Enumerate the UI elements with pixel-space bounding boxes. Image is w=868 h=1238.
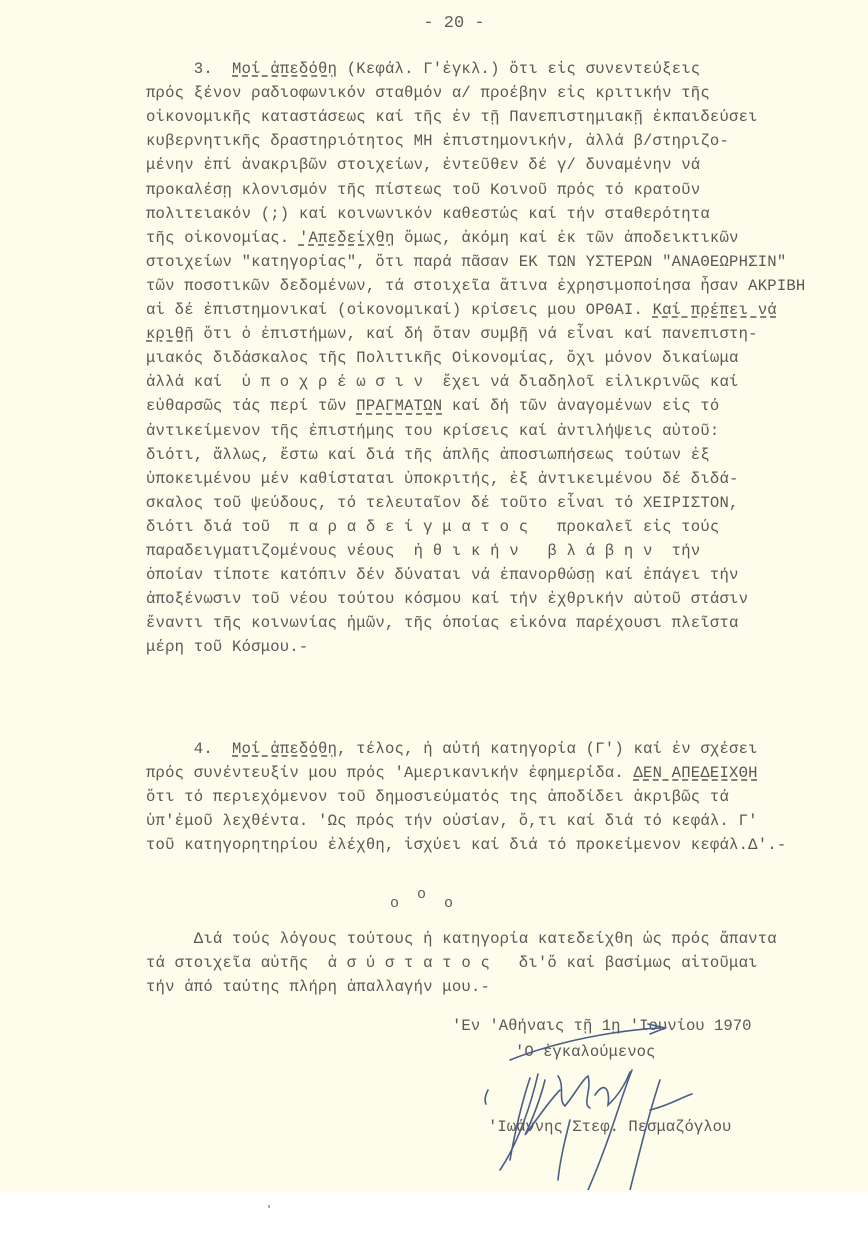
underlined-phrase: 'Απεδείχθη <box>299 229 395 247</box>
line-text: προκαλέσῃ κλονισμόν τῆς πίστεως τοῦ Κοιν… <box>146 181 700 199</box>
text-line: σκαλος τοῦ ψεύδους, τό τελευταῖον δέ τοῦ… <box>146 494 739 512</box>
line-text: οἰκονομικῆς καταστάσεως καί τῆς ἐν τῇ Πα… <box>146 108 758 126</box>
underlined-phrase: Μοί ἀπεδόθη <box>232 60 337 78</box>
line-text: ὅμως, ἀκόμη καί ἐκ τῶν ἀποδεικτικῶν <box>395 229 739 247</box>
text-line: πρός συνέντευξίν μου πρός 'Αμερικανικήν … <box>146 764 758 782</box>
line-text: πρός συνέντευξίν μου πρός 'Αμερικανικήν … <box>146 764 633 782</box>
text-line: μέρη τοῦ Κόσμου.- <box>146 638 308 656</box>
section-separator: ooo <box>390 895 471 912</box>
line-text: εὐθαρσῶς τάς περί τῶν <box>146 397 356 415</box>
line-text: στοιχείων "κατηγορίας", ὅτι παρά πᾶσαν Ε… <box>146 253 786 271</box>
text-line: προκαλέσῃ κλονισμόν τῆς πίστεως τοῦ Κοιν… <box>146 181 700 199</box>
separator-mark: o <box>390 895 399 912</box>
line-text: τῆς οἰκονομίας. <box>146 229 299 247</box>
text-line: τήν ἀπό ταύτης πλήρη ἀπαλλαγήν μου.- <box>146 978 490 996</box>
text-line: ἀποξένωσιν τοῦ νέου τούτου κόσμου καί τή… <box>146 590 748 608</box>
text-line: ἀλλά καί ὑ π ο χ ρ έ ω σ ι ν ἔχει νά δια… <box>146 373 739 391</box>
page-number: - 20 - <box>0 14 868 33</box>
line-text: ἀλλά καί ὑ π ο χ ρ έ ω σ ι ν ἔχει νά δια… <box>146 373 739 391</box>
document-page: - 20 - 3. Μοί ἀπεδόθη (Κεφάλ. Γ'ἐγκλ.) ὅ… <box>0 0 868 1192</box>
text-line: διότι, ἄλλως, ἔστω καί διά τῆς ἁπλῆς ἀπο… <box>146 446 710 464</box>
line-text: ἔναντι τῆς κοινωνίας ἡμῶν, τῆς ὁποίας εἰ… <box>146 614 739 632</box>
text-line: 3. Μοί ἀπεδόθη (Κεφάλ. Γ'ἐγκλ.) ὅτι εἰς … <box>146 60 700 78</box>
text-line: οἰκονομικῆς καταστάσεως καί τῆς ἐν τῇ Πα… <box>146 108 758 126</box>
text-line: πρός ξένον ραδιοφωνικόν σταθμόν α/ προέβ… <box>146 84 710 102</box>
line-text: καί δή τῶν ἀναγομένων εἰς τό <box>442 397 719 415</box>
text-line: μένην ἐπί ἀνακριβῶν στοιχείων, ἐντεῦθεν … <box>146 156 700 174</box>
text-line: τῆς οἰκονομίας. 'Απεδείχθη ὅμως, ἀκόμη κ… <box>146 229 739 247</box>
underlined-phrase: Καί πρέπει νά <box>653 301 777 319</box>
text-line: παραδειγματιζομένους νέους ἠ θ ι κ ή ν β… <box>146 542 700 560</box>
underlined-phrase: Μοί ἀπεδόθη <box>232 740 337 758</box>
text-line: ὁποίαν τίποτε κατόπιν δέν δύναται νά ἐπα… <box>146 566 739 584</box>
underlined-phrase: ΔΕΝ ΑΠΕΔΕΙΧΘΗ <box>633 764 757 782</box>
line-text: τά στοιχεῖα αὐτῆς ἀ σ ύ σ τ α τ ο ς δι'ὅ… <box>146 954 758 972</box>
line-text: ὑποκειμένου μέν καθίσταται ὑποκριτής, ἐξ… <box>146 470 739 488</box>
text-line: εὐθαρσῶς τάς περί τῶν ΠΡΑΓΜΑΤΩΝ καί δή τ… <box>146 397 720 415</box>
text-line: τά στοιχεῖα αὐτῆς ἀ σ ύ σ τ α τ ο ς δι'ὅ… <box>146 954 758 972</box>
line-text: μένην ἐπί ἀνακριβῶν στοιχείων, ἐντεῦθεν … <box>146 156 700 174</box>
line-text: ὅτι ὁ ἐπιστήμων, καί δή ὅταν συμβῇ νά εἶ… <box>194 325 758 343</box>
line-text: μιακός διδάσκαλος τῆς Πολιτικῆς Οἰκονομί… <box>146 349 739 367</box>
line-text: διότι διά τοῦ π α ρ α δ ε ί γ μ α τ ο ς … <box>146 518 719 536</box>
text-line: αἱ δέ ἐπιστημονικαί (οἰκονομικαί) κρίσει… <box>146 301 777 319</box>
text-line: πολιτειακόν (;) καί κοινωνικόν καθεστώς … <box>146 205 710 223</box>
line-text: κυβερνητικῆς δραστηριότητος ΜΗ ἐπιστημον… <box>146 132 729 150</box>
text-line: κυβερνητικῆς δραστηριότητος ΜΗ ἐπιστημον… <box>146 132 729 150</box>
underlined-phrase: ΠΡΑΓΜΑΤΩΝ <box>356 397 442 415</box>
handwritten-signature <box>470 1020 750 1190</box>
text-line: τοῦ κατηγορητηρίου ἐλέχθη, ἰσχύει καί δι… <box>146 836 786 854</box>
text-line: στοιχείων "κατηγορίας", ὅτι παρά πᾶσαν Ε… <box>146 253 786 271</box>
text-line: τῶν ποσοτικῶν δεδομένων, τά στοιχεῖα ἅτι… <box>146 277 806 295</box>
line-text: Διά τούς λόγους τούτους ἡ κατηγορία κατε… <box>146 930 777 948</box>
line-text: πολιτειακόν (;) καί κοινωνικόν καθεστώς … <box>146 205 710 223</box>
text-line: διότι διά τοῦ π α ρ α δ ε ί γ μ α τ ο ς … <box>146 518 719 536</box>
line-text: ἀντικείμενον τῆς ἐπιστήμης του κρίσεις κ… <box>146 422 719 440</box>
line-text: (Κεφάλ. Γ'ἐγκλ.) ὅτι εἰς συνεντεύξεις <box>337 60 700 78</box>
underlined-phrase: κριθῇ <box>146 325 194 343</box>
line-text: τοῦ κατηγορητηρίου ἐλέχθη, ἰσχύει καί δι… <box>146 836 786 854</box>
text-line: ὑπ'ἐμοῦ λεχθέντα. 'Ως πρός τήν οὐσίαν, ὅ… <box>146 812 758 830</box>
text-line: Διά τούς λόγους τούτους ἡ κατηγορία κατε… <box>146 930 777 948</box>
line-text: ἀποξένωσιν τοῦ νέου τούτου κόσμου καί τή… <box>146 590 748 608</box>
line-text: μέρη τοῦ Κόσμου.- <box>146 638 308 656</box>
text-line: ὑποκειμένου μέν καθίσταται ὑποκριτής, ἐξ… <box>146 470 739 488</box>
line-text: πρός ξένον ραδιοφωνικόν σταθμόν α/ προέβ… <box>146 84 710 102</box>
scan-speck <box>268 1205 270 1208</box>
line-text: διότι, ἄλλως, ἔστω καί διά τῆς ἁπλῆς ἀπο… <box>146 446 710 464</box>
line-text: ὁποίαν τίποτε κατόπιν δέν δύναται νά ἐπα… <box>146 566 739 584</box>
line-text: , τέλος, ἡ αὐτή κατηγορία (Γ') καί ἐν σχ… <box>337 740 758 758</box>
line-text: σκαλος τοῦ ψεύδους, τό τελευταῖον δέ τοῦ… <box>146 494 739 512</box>
text-line: ἔναντι τῆς κοινωνίας ἡμῶν, τῆς ὁποίας εἰ… <box>146 614 739 632</box>
text-line: κριθῇ ὅτι ὁ ἐπιστήμων, καί δή ὅταν συμβῇ… <box>146 325 758 343</box>
line-text: παραδειγματιζομένους νέους ἠ θ ι κ ή ν β… <box>146 542 700 560</box>
text-line: μιακός διδάσκαλος τῆς Πολιτικῆς Οἰκονομί… <box>146 349 739 367</box>
line-text: τήν ἀπό ταύτης πλήρη ἀπαλλαγήν μου.- <box>146 978 490 996</box>
line-text: 3. <box>146 60 232 78</box>
line-text: τῶν ποσοτικῶν δεδομένων, τά στοιχεῖα ἅτι… <box>146 277 806 295</box>
separator-mark: o <box>417 886 426 903</box>
line-text: αἱ δέ ἐπιστημονικαί (οἰκονομικαί) κρίσει… <box>146 301 653 319</box>
text-line: ἀντικείμενον τῆς ἐπιστήμης του κρίσεις κ… <box>146 422 719 440</box>
text-line: ὅτι τό περιεχόμενον τοῦ δημοσιεύματός τη… <box>146 788 729 806</box>
line-text: 4. <box>146 740 232 758</box>
text-line: 4. Μοί ἀπεδόθη, τέλος, ἡ αὐτή κατηγορία … <box>146 740 758 758</box>
separator-mark: o <box>444 895 453 912</box>
line-text: ὅτι τό περιεχόμενον τοῦ δημοσιεύματός τη… <box>146 788 729 806</box>
line-text: ὑπ'ἐμοῦ λεχθέντα. 'Ως πρός τήν οὐσίαν, ὅ… <box>146 812 758 830</box>
